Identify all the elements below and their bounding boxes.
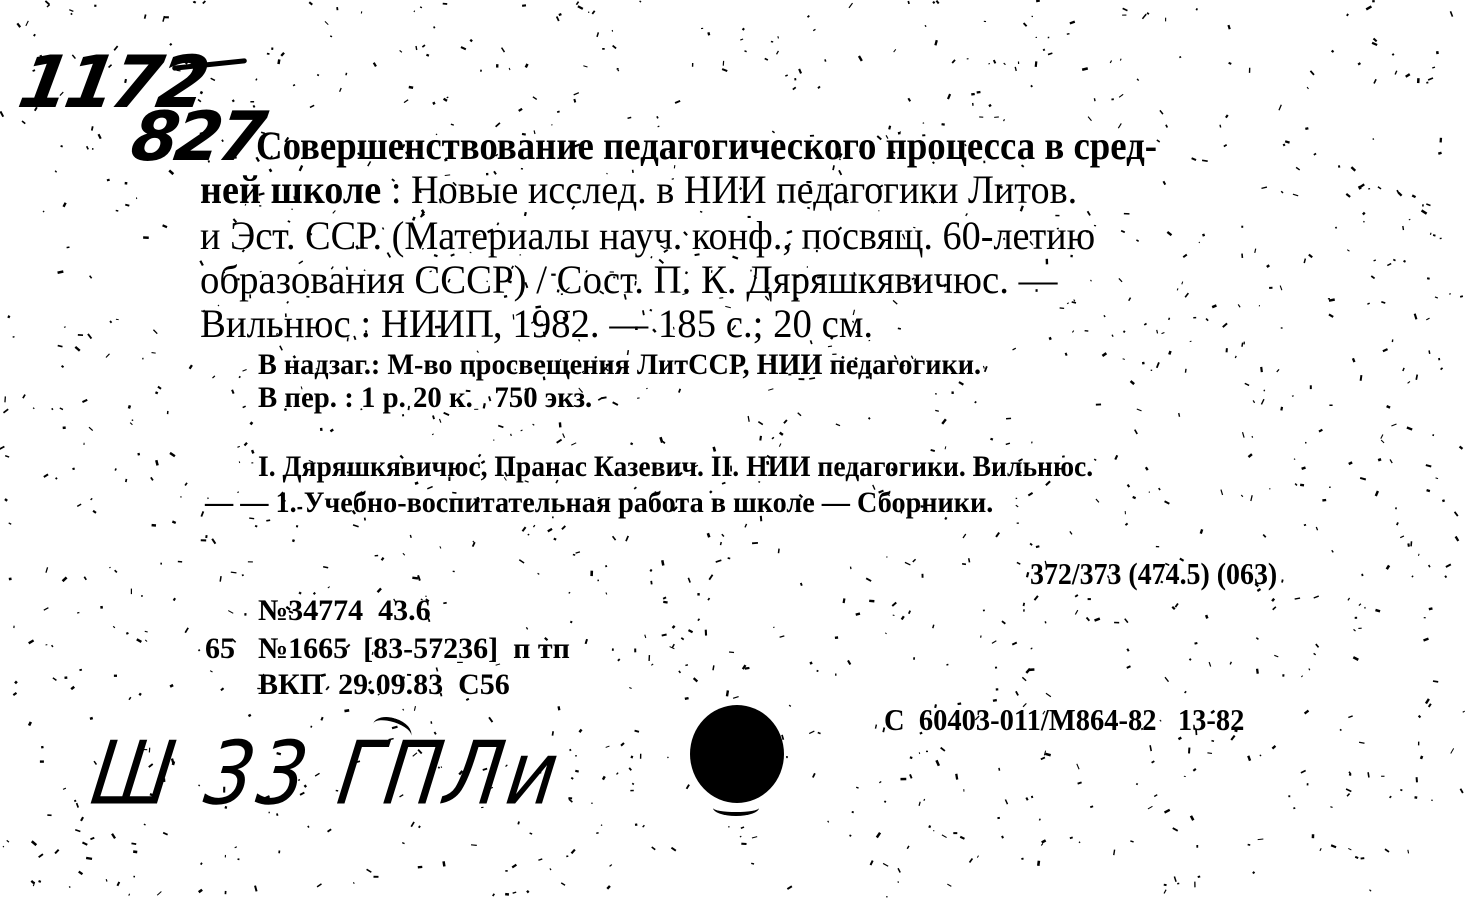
description-line-5: Вильнюс : НИИП, 1982. — 185 с.; 20 см.: [200, 304, 894, 344]
order-code: С 60403-011/М864-82 13-82: [884, 704, 1276, 735]
tracing-line-2: — — 1. Учебно-воспитательная работа в шк…: [205, 488, 1044, 518]
tracing-line-1: I. Дяряшкявичюс, Пранас Казевич. II. НИИ…: [258, 452, 1166, 482]
punch-hole-shadow-arc: [713, 800, 759, 816]
description-line-2: ней школе : Новые исслед. в НИИ педагоги…: [200, 170, 1119, 210]
note-price-print-run: В пер. : 1 р. 20 к. 750 экз.: [258, 383, 606, 413]
catalog-card: 1172 827 Совершенствование педагогическо…: [0, 0, 1466, 898]
udc-classification: 372/373 (474.5) (063): [1030, 558, 1305, 589]
handwritten-call-number-bottom: 827: [126, 98, 267, 177]
note-parallel-title: В надзаг.: М-во просвещения ЛитССР, НИИ …: [258, 350, 1027, 380]
registry-line-1: №34774 43.6: [258, 596, 431, 626]
registry-line-2-prefix: 65: [205, 634, 235, 664]
registry-line-3: ВКП 29.09.83 С56: [258, 670, 510, 700]
handwritten-shelf-location: Ш 33 ГПЛи: [86, 722, 569, 824]
description-line-1: Совершенствование педагогического процес…: [256, 126, 1235, 166]
description-line-3: и Эст. ССР. (Материалы науч. конф., посв…: [200, 216, 1137, 256]
registry-line-2: №1665 [83-57236] п тп: [258, 634, 570, 664]
card-punch-hole: [690, 705, 784, 803]
description-line-4: образования СССР) / Сост. П. К. Дяряшкяв…: [200, 260, 1084, 300]
